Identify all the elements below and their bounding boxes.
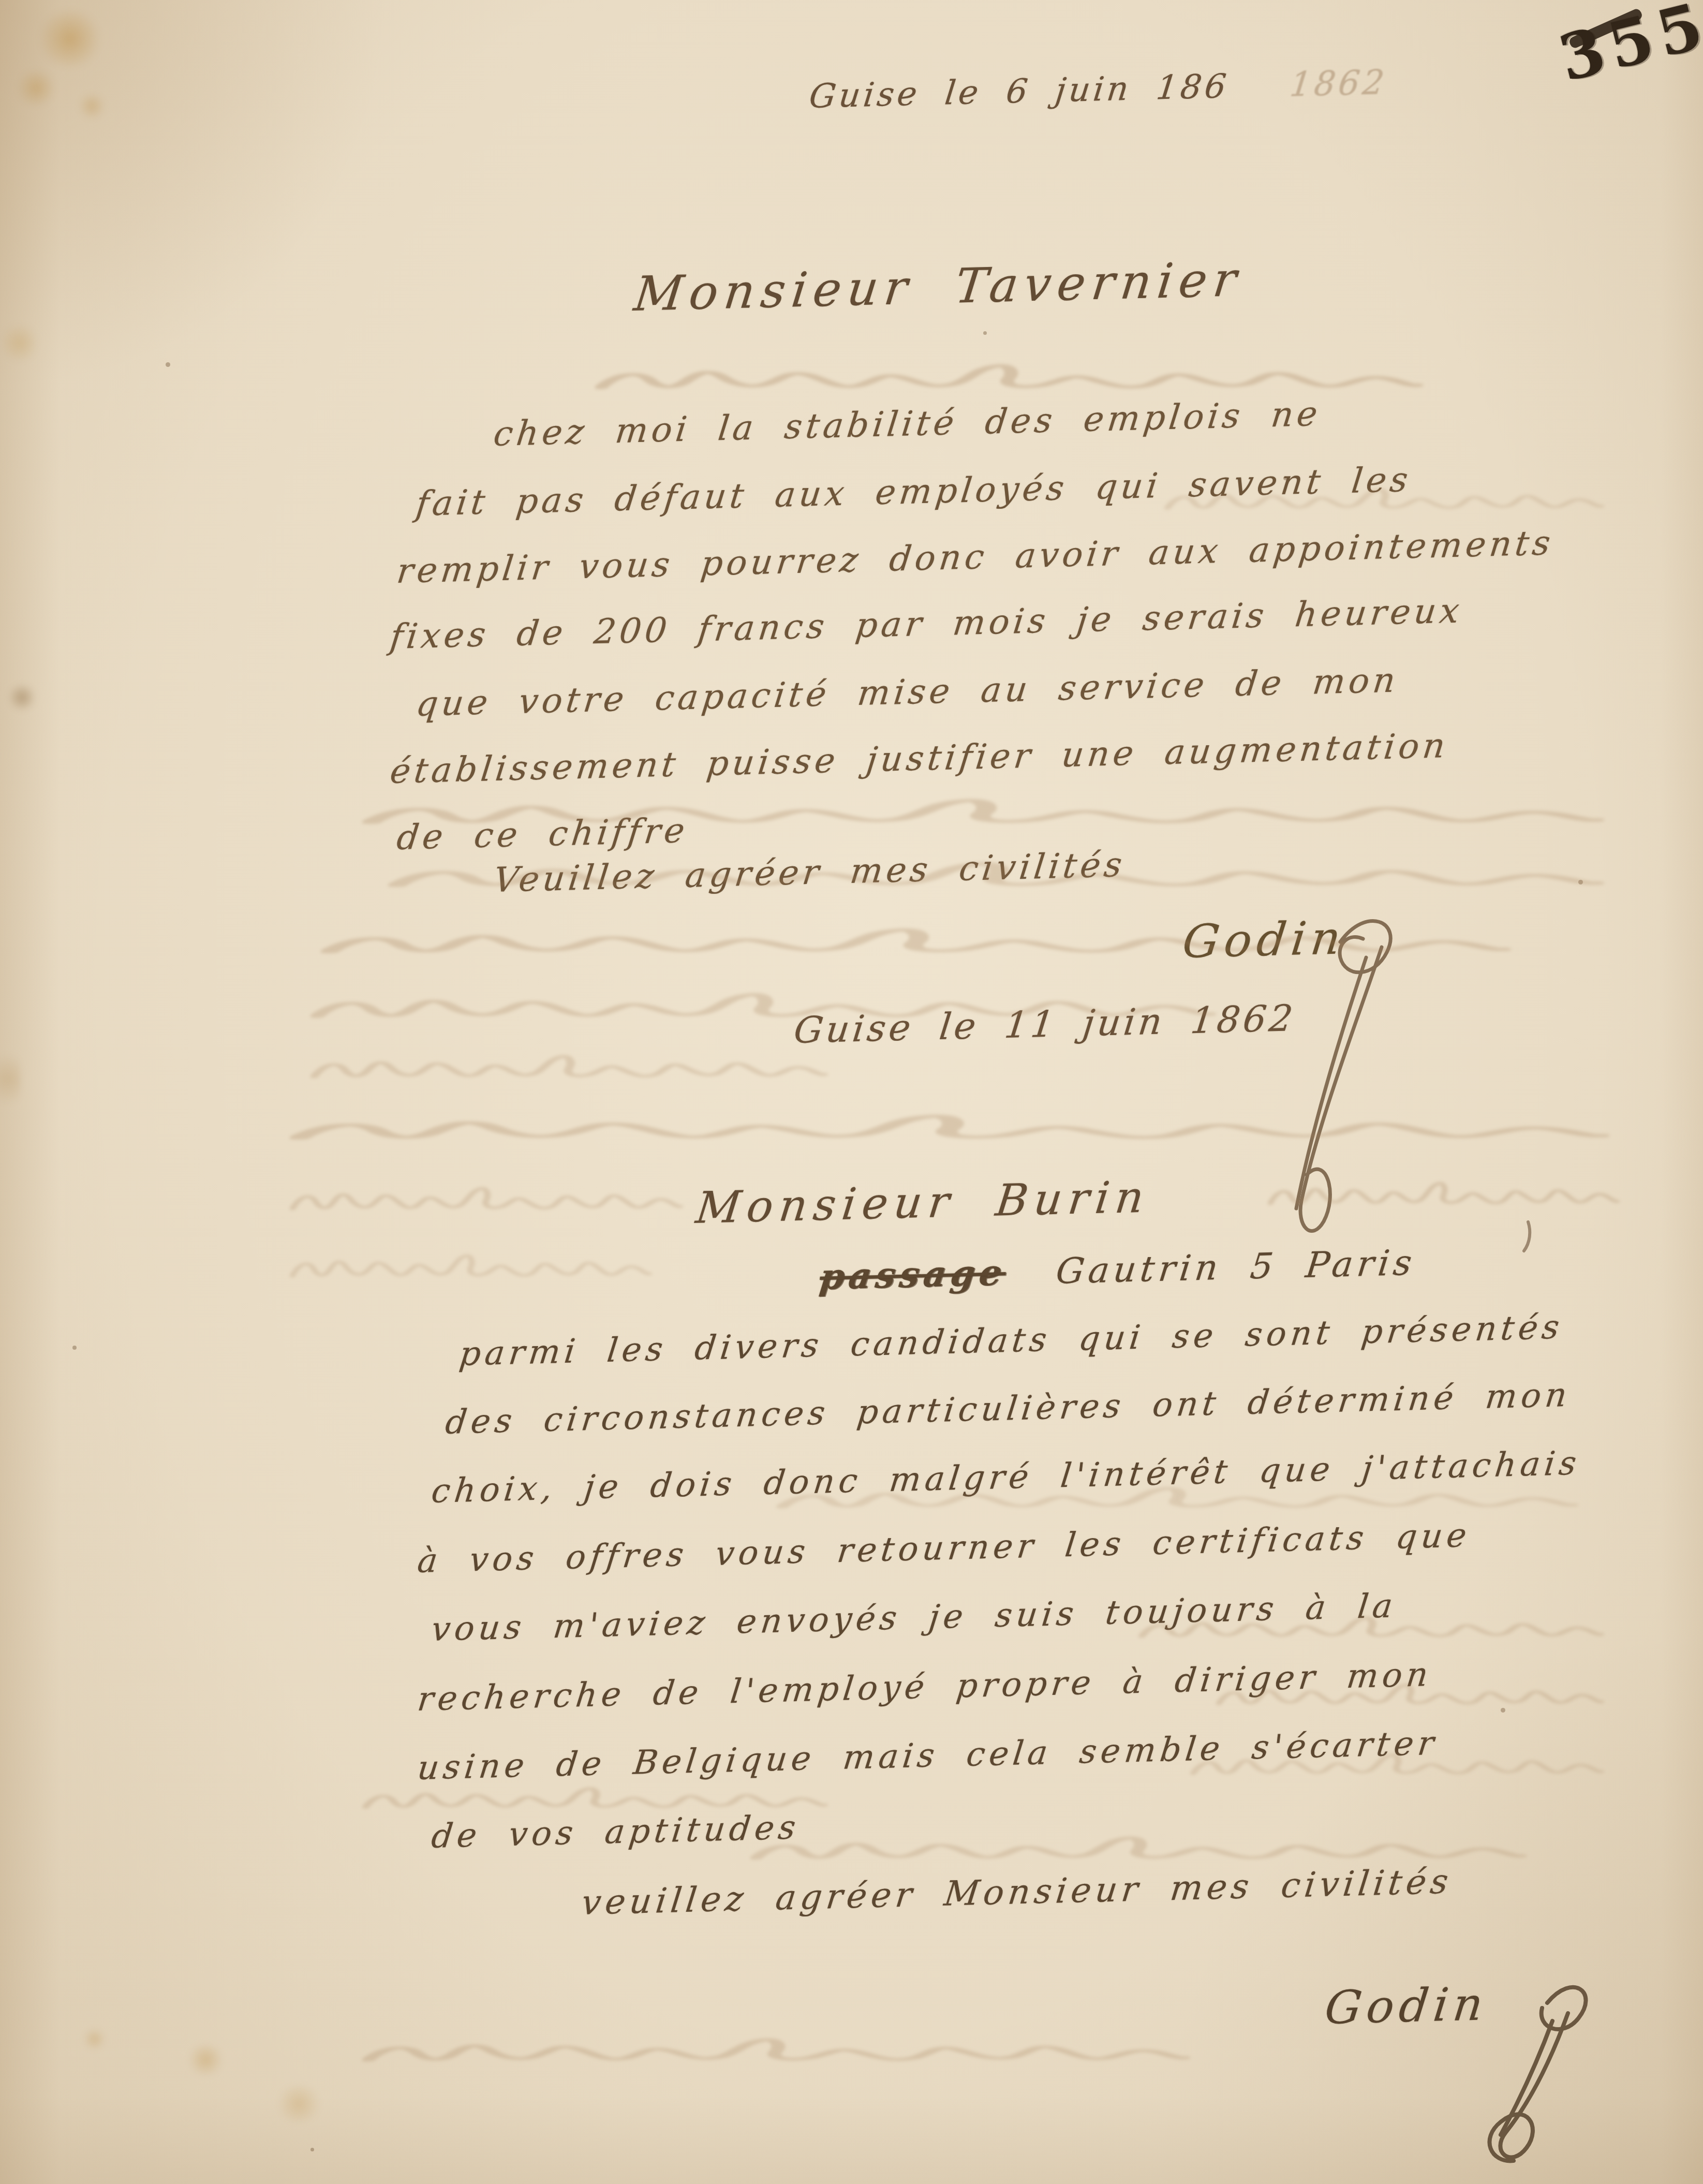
- letter2-body-line: des circonstances particulières ont déte…: [443, 1376, 1573, 1442]
- fox-stain: [16, 70, 57, 106]
- fox-stain: [8, 683, 36, 712]
- bleedthrough-line: [595, 362, 1423, 399]
- bleedthrough-line: [750, 1835, 1527, 1868]
- page-number-stamp: 355: [1552, 0, 1703, 96]
- letter2-body-line: parmi les divers candidats qui se sont p…: [457, 1308, 1565, 1374]
- bleedthrough-line: [321, 926, 1511, 963]
- bleedthrough-line: [362, 797, 1604, 833]
- letter2-closing: veuillez agréer Monsieur mes civilités: [580, 1862, 1455, 1923]
- fox-stain: [186, 2044, 225, 2075]
- letter1-body-line: remplir vous pourrez donc avoir aux appo…: [395, 523, 1556, 591]
- letter1-dateline: Guise le 6 juin 186 1862: [807, 63, 1389, 116]
- letter2-body-line: à vos offres vous retourner les certific…: [416, 1516, 1473, 1581]
- letter1-body-line: fixes de 200 francs par mois je serais h…: [388, 591, 1465, 657]
- fox-stain: [36, 10, 103, 67]
- letter2-address-struck-word: passage: [818, 1252, 1008, 1298]
- letter1-dateline-text: Guise le 6 juin 186: [807, 67, 1231, 116]
- letter1-body-line: établissement puisse justifier une augme…: [388, 726, 1450, 791]
- bleedthrough-line: [1138, 1615, 1604, 1646]
- letter1-body-line: chez moi la stabilité des emplois ne: [492, 394, 1323, 454]
- bleedthrough-line: [290, 1252, 652, 1286]
- bleedthrough-line: [1164, 486, 1604, 518]
- paper-speck: [310, 2148, 314, 2151]
- letter1-body-line: que votre capacité mise au service de mo…: [414, 660, 1401, 724]
- letter2-address-line: passage Gautrin 5 Paris: [818, 1242, 1418, 1298]
- bleedthrough-line: [310, 991, 1216, 1027]
- letter2-address-text: Gautrin 5 Paris: [1054, 1243, 1418, 1292]
- bleedthrough-line: [776, 1485, 1578, 1516]
- paper-speck: [983, 331, 987, 335]
- bleedthrough-line: [290, 1185, 683, 1219]
- bleedthrough-line: [1190, 1752, 1604, 1783]
- letter1-dateline-ghost-year: 1862: [1288, 63, 1389, 104]
- bleedthrough-line: [388, 860, 1604, 896]
- bleedthrough-line: [310, 1053, 828, 1087]
- letter1-salutation: Monsieur Tavernier: [631, 252, 1246, 322]
- letter2-salutation: Monsieur Burin: [693, 1171, 1152, 1233]
- bleedthrough-line: [290, 1113, 1609, 1149]
- fox-stain: [274, 2086, 323, 2122]
- fox-stain: [3, 321, 36, 365]
- bleedthrough-line: [362, 2037, 1190, 2070]
- bleedthrough-line: [1216, 1682, 1604, 1713]
- stray-ink-mark: [1519, 1219, 1536, 1255]
- paper-speck: [72, 1346, 77, 1350]
- fox-stain: [78, 93, 106, 119]
- fox-stain: [83, 2029, 106, 2049]
- letter-scan-page: 355 Guise le 6 juin 186 1862 Monsieur Ta…: [0, 0, 1703, 2184]
- fox-stain: [0, 1045, 21, 1113]
- paper-speck: [166, 362, 170, 367]
- bleedthrough-line: [362, 1785, 828, 1817]
- bleedthrough-line: [1268, 1180, 1620, 1214]
- letter2-signature-flourish: [1330, 1972, 1609, 2179]
